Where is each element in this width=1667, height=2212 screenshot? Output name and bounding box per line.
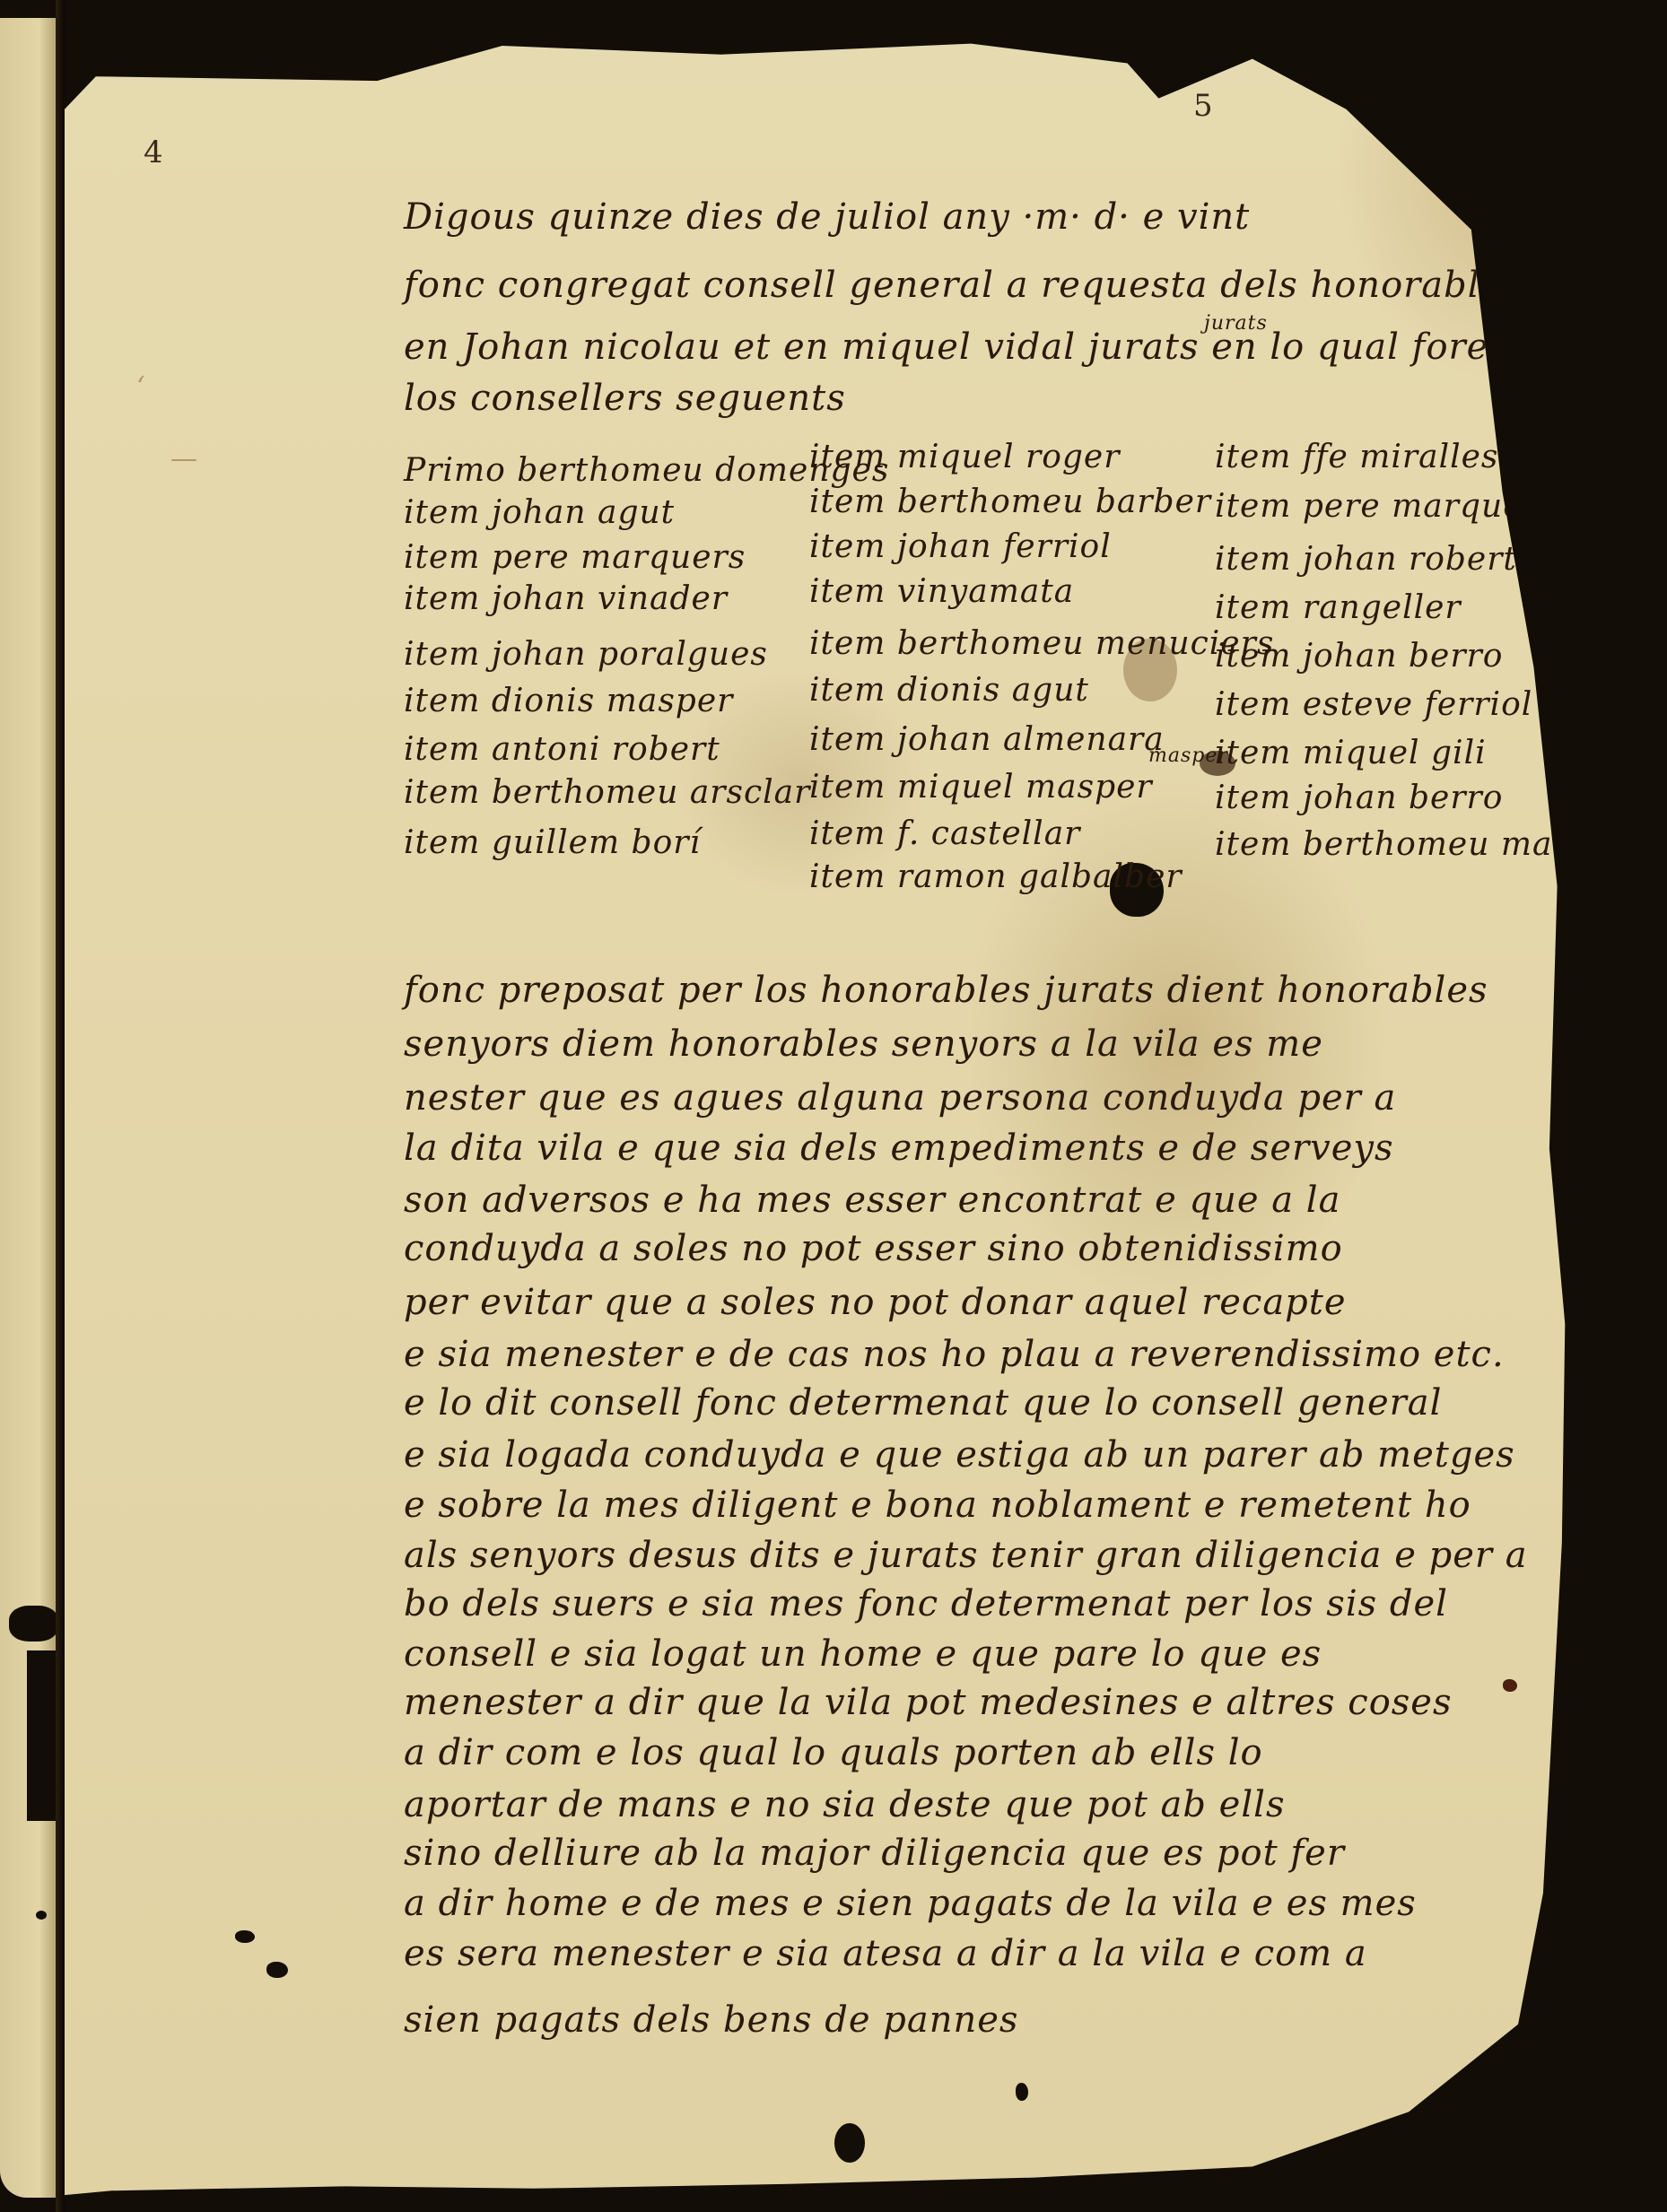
body-line: son adversos e ha mes esser encontrat e … [404,1182,1340,1218]
body-line: e sia logada conduyda e que estiga ab un… [404,1437,1515,1473]
attendee-name: item ramon galbalber [809,861,1183,893]
attendee-name: item berthomeu barber [809,486,1211,518]
attendee-name: item pere marquers [1215,491,1557,523]
attendee-name: item f. castellar [809,818,1080,850]
attendee-name: item johan agut [404,497,675,529]
book-gutter [56,0,65,2212]
worm-hole [235,1930,255,1943]
attendee-name: item berthomeu martinez [1215,829,1654,861]
body-line: e sia menester e de cas nos ho plau a re… [404,1337,1505,1372]
attendee-name: item berthomeu arsclar [404,777,810,809]
body-line: senyors diem honorables senyors a la vil… [404,1026,1323,1062]
attendee-name: item vinyamata [809,576,1074,608]
attendee-name: item dionis agut [809,675,1089,707]
folio-number-right: 5 [1193,88,1213,124]
attendee-name: item johan robert [1215,544,1517,576]
body-line: es sera menester e sia atesa a dir a la … [404,1936,1367,1972]
attendee-name: item miquel roger [809,441,1120,474]
folio-number-left: 4 [144,135,163,170]
body-line: a dir home e de mes e sien pagats de la … [404,1885,1417,1921]
attendee-name: item rangeller [1215,592,1462,624]
previous-page-edge [0,18,56,2198]
body-line: sien pagats dels bens de pannes [404,2002,1018,2038]
body-line: e lo dit consell fonc determenat que lo … [404,1385,1442,1421]
attendee-name: item pere marquers [404,542,746,574]
manuscript-page: 4 5 — ‘ Digous quinze dies de juliol any… [65,11,1628,2199]
body-line: conduyda a soles no pot esser sino obten… [404,1231,1343,1267]
attendee-name: item johan ferriol [809,531,1112,563]
attendee-name: item johan poralgues [404,639,768,671]
attendee-name: item dionis masper [404,685,733,718]
attendee-name: item johan berro [1215,640,1503,673]
body-line: sino delliure ab la major diligencia que… [404,1835,1345,1871]
attendee-name: item johan almenara [809,724,1165,756]
heading-line: fonc congregat consell general a request… [404,267,1522,303]
body-line: fonc preposat per los honorables jurats … [404,972,1488,1008]
body-line: als senyors desus dits e jurats tenir gr… [404,1537,1528,1573]
worm-hole [834,2123,865,2163]
worm-hole [36,1911,47,1920]
attendee-name: item ffe miralles [1215,441,1498,474]
margin-mark-dash: — [170,443,198,475]
attendee-name: item esteve ferriol [1215,689,1532,721]
heading-line: Digous quinze dies de juliol any ·m· d· … [404,199,1250,235]
margin-mark-tick: ‘ [136,371,146,403]
attendee-name: item johan vinader [404,583,728,615]
worm-hole [266,1962,288,1978]
attendee-name: item antoni robert [404,734,720,766]
body-line: bo dels suers e sia mes fonc determenat … [404,1586,1448,1622]
body-line: e sobre la mes diligent e bona noblament… [404,1487,1471,1523]
attendee-name: item guillem borí [404,827,701,859]
body-line: aportar de mans e no sia deste que pot a… [404,1787,1285,1823]
body-line: la dita vila e que sia dels empediments … [404,1130,1394,1166]
ink-dot [1503,1679,1517,1692]
body-line: menester a dir que la vila pot medesines… [404,1685,1453,1720]
attendee-name: item miquel masper [809,771,1153,804]
tear-hole [9,1606,58,1642]
heading-line: en Johan nicolau et en miquel vidal jura… [404,329,1513,365]
body-line: a dir com e los qual lo quals porten ab … [404,1735,1263,1771]
heading-line: los consellers seguents [404,380,846,416]
body-line: consell e sia logat un home e que pare l… [404,1636,1322,1672]
body-line: nester que es agues alguna persona condu… [404,1080,1396,1116]
attendee-name: item johan berro [1215,782,1503,814]
attendee-name: item berthomeu menuciers [809,628,1274,660]
attendee-name: item miquel gili [1215,737,1487,770]
body-line: per evitar que a soles no pot donar aque… [404,1285,1347,1320]
worm-hole [1016,2083,1028,2101]
